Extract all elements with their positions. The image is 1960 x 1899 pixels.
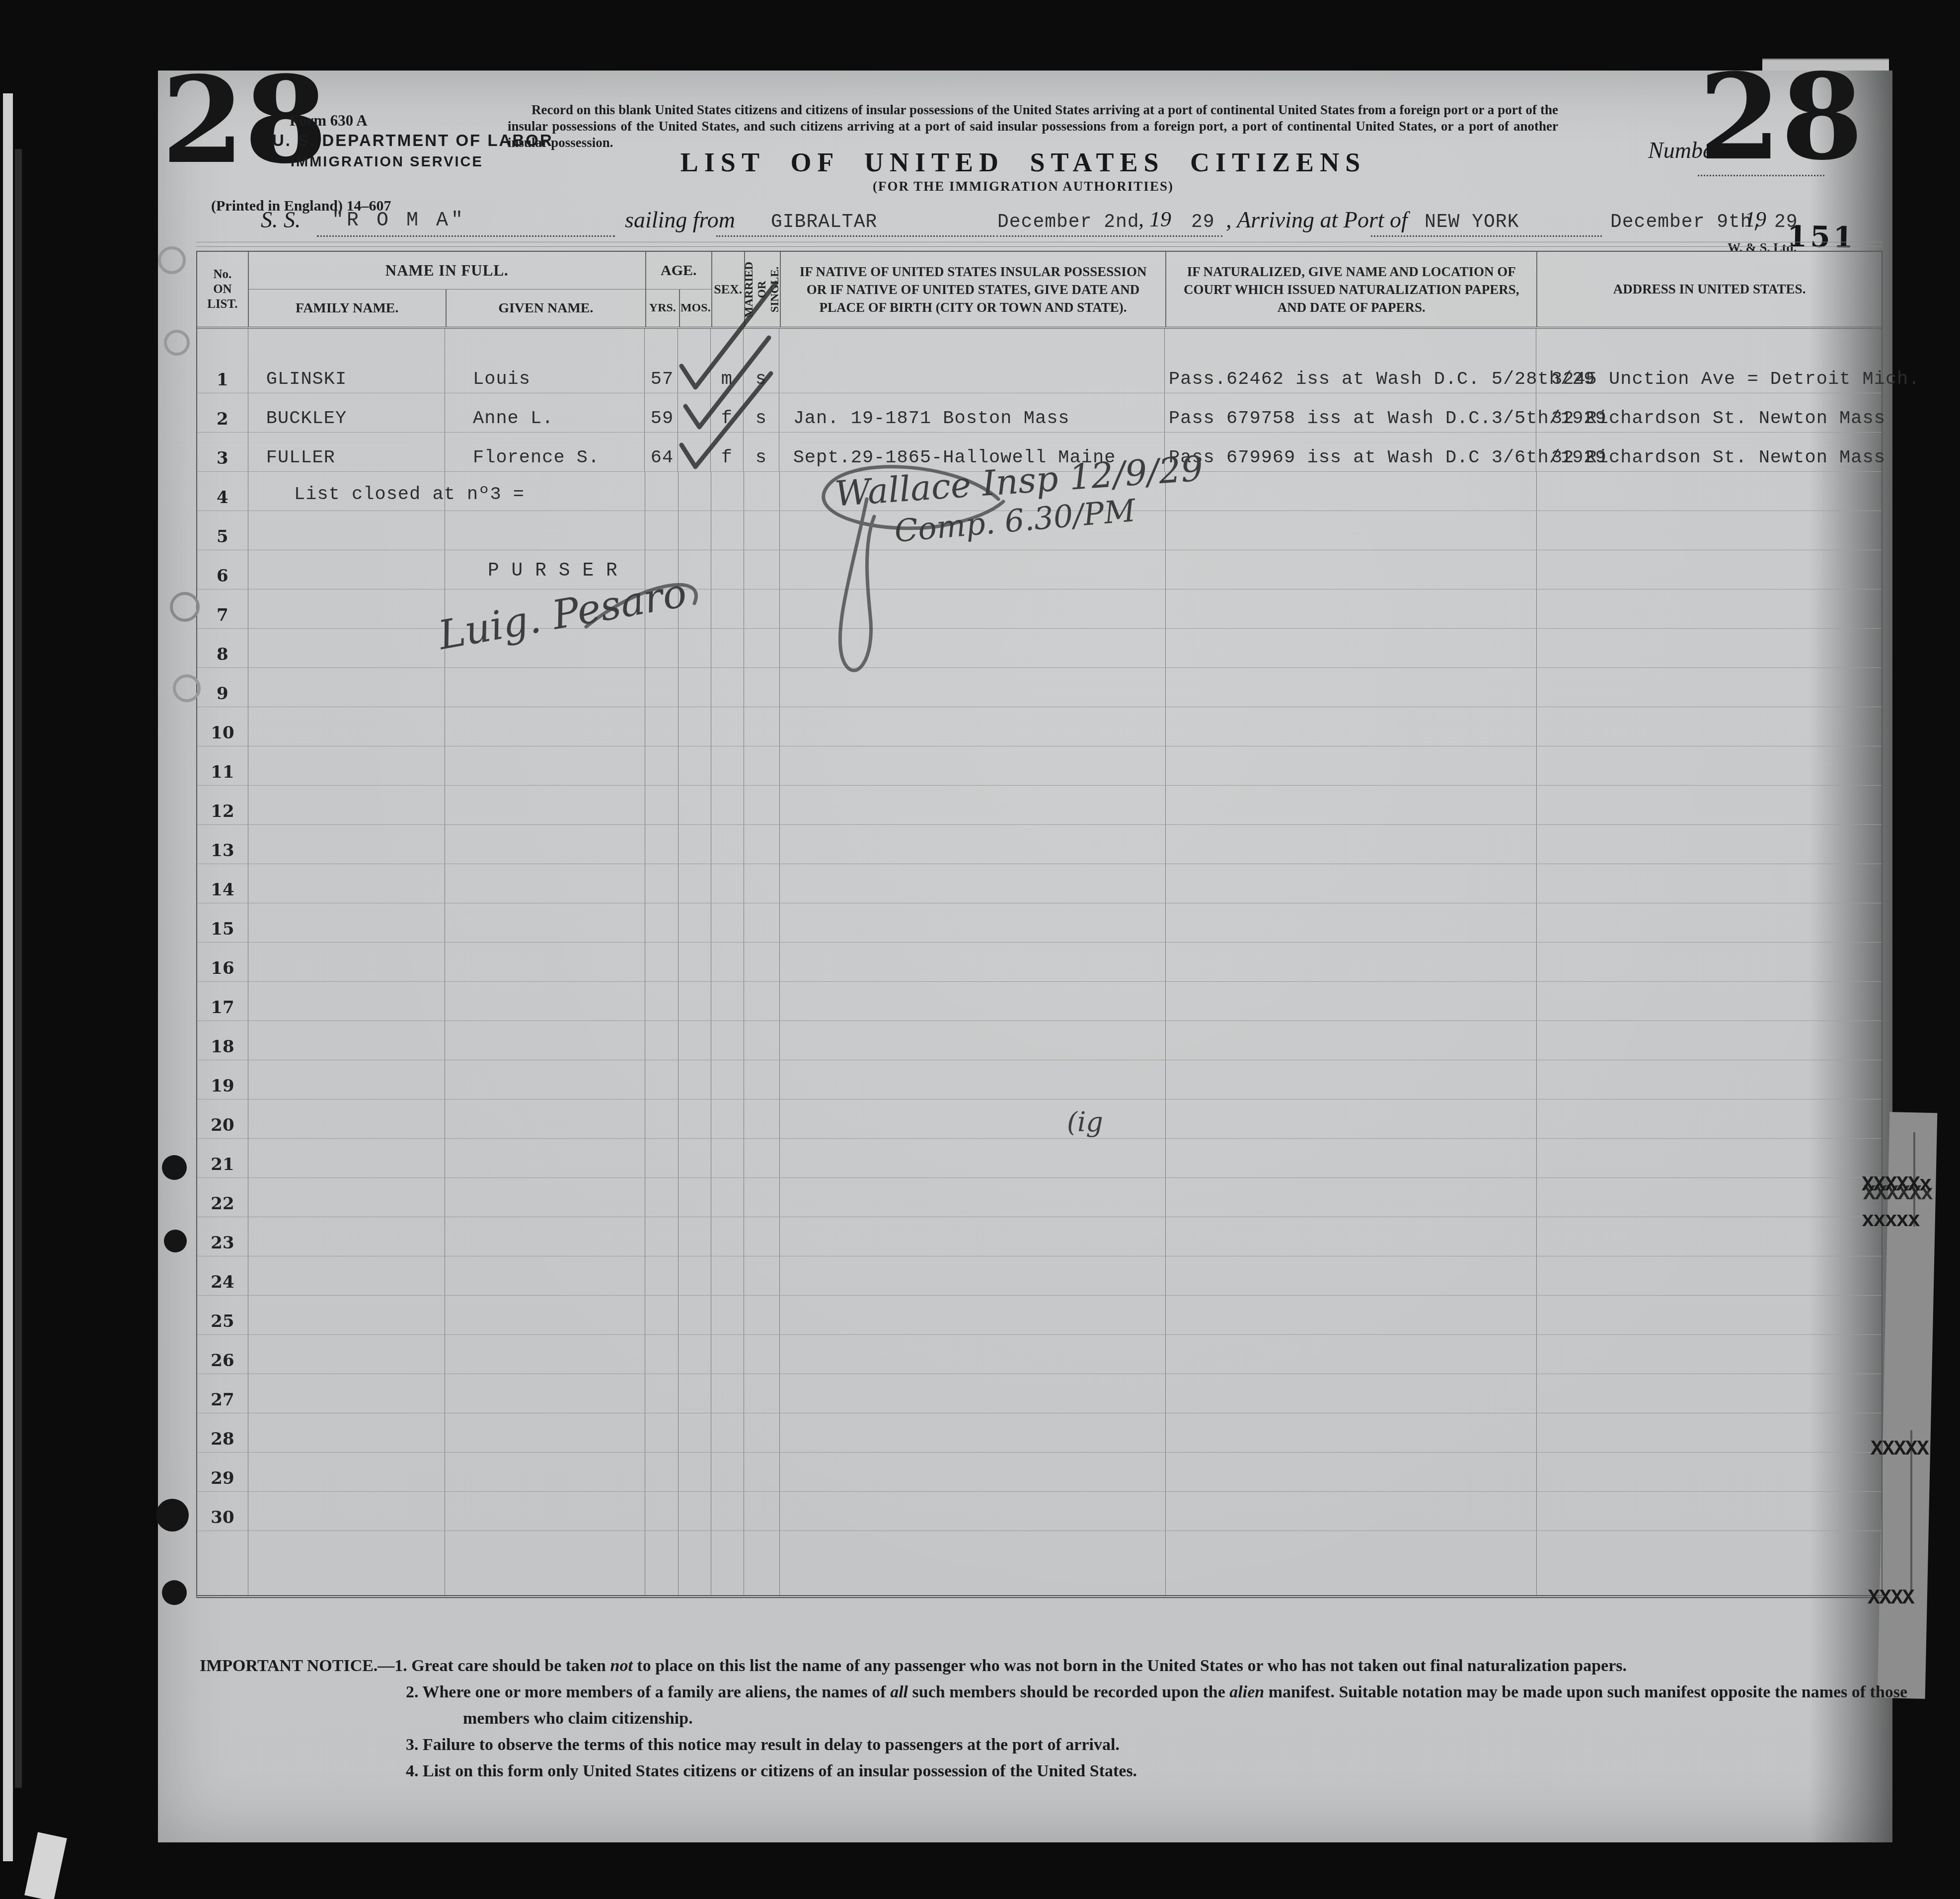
number-dotted-line [1698, 175, 1824, 176]
notice-line: 4. List on this form only United States … [406, 1758, 1928, 1784]
table-cell [711, 629, 744, 667]
table-cell [248, 825, 445, 864]
table-cell [744, 746, 779, 785]
table-cell [248, 1492, 445, 1531]
table-cell [645, 825, 678, 864]
table-cell [678, 1178, 711, 1217]
table-row: 1GLINSKILouis57msPass.62462 iss at Wash … [197, 329, 1882, 393]
table-cell [445, 707, 645, 746]
hole-punch [173, 674, 201, 702]
notice-line: 3. Failure to observe the terms of this … [406, 1732, 1928, 1758]
table-row: 26 [197, 1335, 1882, 1374]
table-cell [711, 943, 744, 981]
header-family-name: FAMILY NAME. [249, 290, 446, 327]
table-cell: Jan. 19-1871 Boston Mass [779, 393, 1164, 432]
table-cell [645, 1296, 678, 1334]
header-no-on-list: No. ON LIST. [197, 252, 248, 327]
table-cell [1536, 982, 1882, 1021]
table-cell [678, 329, 710, 393]
table-cell [1165, 472, 1536, 511]
table-cell [445, 1139, 645, 1177]
table-cell [1536, 668, 1882, 707]
table-cell [779, 668, 1165, 707]
table-cell [248, 1296, 445, 1334]
horizontal-rule [196, 246, 1883, 247]
table-cell [1536, 707, 1882, 746]
table-cell [445, 1021, 645, 1060]
table-row: 15 [197, 903, 1882, 943]
table-cell [1536, 589, 1882, 628]
form-number: Form 630 A [290, 112, 368, 130]
table-cell [1165, 707, 1536, 746]
sheet-number-stamp-right: 28 [1699, 59, 1863, 177]
table-cell: Pass 679758 iss at Wash D.C.3/5th/1929 [1164, 393, 1536, 432]
table-row: 22 [197, 1178, 1882, 1217]
table-cell: 24 [197, 1256, 248, 1295]
table-cell: 20 [197, 1099, 248, 1138]
table-cell [744, 707, 779, 746]
table-cell [445, 1492, 645, 1531]
table-cell [248, 1531, 445, 1595]
table-cell [645, 1060, 678, 1099]
table-cell [645, 1139, 678, 1177]
header-married-single-label: MARRIED OR SINGLE. [743, 261, 782, 317]
table-cell [744, 982, 779, 1021]
table-row: 14 [197, 864, 1882, 903]
page-title: LIST OF UNITED STATES CITIZENS [666, 147, 1381, 178]
page-subtitle: (FOR THE IMMIGRATION AUTHORITIES) [666, 179, 1381, 194]
arrival-year: 29 [1774, 212, 1798, 233]
table-cell: Pass 679969 iss at Wash D.C 3/6th/1929 [1164, 433, 1536, 471]
table-cell [645, 903, 678, 942]
table-cell [445, 864, 645, 903]
table-cell: BUCKLEY [248, 393, 445, 432]
table-cell [1536, 1413, 1882, 1452]
table-cell [445, 982, 645, 1021]
table-row: 20 [197, 1099, 1882, 1139]
blank-line [716, 235, 994, 237]
film-edge-shadow [15, 149, 22, 1788]
table-cell [445, 825, 645, 864]
table-cell: 27 [197, 1374, 248, 1413]
table-cell: 1 [197, 329, 248, 393]
table-cell [678, 1256, 711, 1295]
table-cell [779, 329, 1164, 393]
table-cell [645, 629, 678, 667]
table-cell [711, 746, 744, 785]
table-cell [779, 864, 1165, 903]
table-cell [678, 1453, 711, 1491]
table-cell [1165, 1139, 1536, 1177]
table-row: 21 [197, 1139, 1882, 1178]
table-cell [1536, 1060, 1882, 1099]
header-age: AGE. [646, 252, 711, 290]
table-cell [1165, 668, 1536, 707]
table-cell [711, 825, 744, 864]
table-cell: 7 [197, 589, 248, 628]
table-cell [711, 1374, 744, 1413]
table-cell [248, 864, 445, 903]
table-cell [779, 629, 1165, 667]
table-cell [248, 1335, 445, 1374]
table-cell [1536, 1256, 1882, 1295]
table-cell [678, 433, 710, 471]
table-cell [1165, 943, 1536, 981]
table-cell [1536, 1335, 1882, 1374]
table-cell [744, 511, 779, 550]
table-cell [711, 511, 744, 550]
table-cell [711, 1021, 744, 1060]
table-cell [744, 1099, 779, 1138]
table-row: 27 [197, 1374, 1882, 1413]
table-cell [248, 1060, 445, 1099]
table-cell [445, 1296, 645, 1334]
table-cell: 15 [197, 903, 248, 942]
table-cell [678, 1217, 711, 1256]
table-cell [744, 1021, 779, 1060]
arrival-port: NEW YORK [1425, 212, 1519, 233]
table-cell [779, 550, 1165, 589]
table-cell [645, 511, 678, 550]
table-cell [645, 707, 678, 746]
table-cell [678, 393, 710, 432]
table-cell [1536, 1021, 1882, 1060]
table-cell: 14 [197, 864, 248, 903]
table-cell [445, 668, 645, 707]
hole-punch [158, 246, 186, 274]
hole-punch-filled [162, 1580, 187, 1605]
table-cell [744, 786, 779, 824]
table-cell: s [743, 329, 779, 393]
table-cell [645, 746, 678, 785]
table-cell [645, 864, 678, 903]
table-row: 28 [197, 1413, 1882, 1453]
table-cell [711, 1256, 744, 1295]
table-row: 11 [197, 746, 1882, 786]
header-name-in-full: NAME IN FULL. [249, 252, 645, 290]
table-cell [645, 1413, 678, 1452]
header-given-name: GIVEN NAME. [446, 290, 645, 327]
table-cell: 5 [197, 511, 248, 550]
table-cell [1536, 825, 1882, 864]
table-cell [779, 1296, 1165, 1334]
ss-label: S. S. [261, 207, 301, 233]
table-row: 10 [197, 707, 1882, 746]
table-cell: 32 Richardson St. Newton Mass [1536, 393, 1882, 432]
table-cell: 25 [197, 1296, 248, 1334]
table-cell [445, 1217, 645, 1256]
table-cell [1536, 1217, 1882, 1256]
table-cell [445, 1178, 645, 1217]
table-cell [1165, 1178, 1536, 1217]
table-cell [645, 982, 678, 1021]
header-mos: MOS. [679, 290, 711, 327]
table-cell [744, 864, 779, 903]
table-cell [1165, 629, 1536, 667]
table-cell [779, 903, 1165, 942]
table-cell [678, 825, 711, 864]
table-cell [445, 1335, 645, 1374]
table-cell [1165, 1531, 1536, 1595]
voyage-line: S. S. "R O M A" sailing from GIBRALTAR D… [0, 204, 1960, 243]
table-cell: m [710, 329, 743, 393]
table-cell [1165, 1413, 1536, 1452]
table-cell [248, 668, 445, 707]
table-cell [711, 668, 744, 707]
table-row: 29 [197, 1453, 1882, 1492]
header-married-single: MARRIED OR SINGLE. [744, 252, 780, 327]
table-cell: 16 [197, 943, 248, 981]
table-row: 16 [197, 943, 1882, 982]
service-name: IMMIGRATION SERVICE [291, 154, 483, 170]
list-closed-note: List closed at nº3 = [294, 484, 525, 505]
table-cell [779, 1178, 1165, 1217]
table-cell [678, 629, 711, 667]
table-cell [645, 668, 678, 707]
table-cell [1536, 1099, 1882, 1138]
table-cell: 4 [197, 472, 248, 511]
sailing-from-label: sailing from [625, 207, 735, 233]
table-cell [1536, 1296, 1882, 1334]
table-cell [645, 1453, 678, 1491]
table-cell [779, 1021, 1165, 1060]
table-row: 13 [197, 825, 1882, 864]
table-cell [779, 707, 1165, 746]
table-cell [1165, 903, 1536, 942]
table-cell: 13 [197, 825, 248, 864]
table-cell [744, 1413, 779, 1452]
table-cell [779, 1099, 1165, 1138]
table-cell [1165, 1256, 1536, 1295]
table-cell [248, 1178, 445, 1217]
table-cell [678, 472, 711, 511]
table-cell [445, 1256, 645, 1295]
table-row: 12 [197, 786, 1882, 825]
table-cell [744, 472, 779, 511]
table-cell [711, 1531, 744, 1595]
hole-punch-filled [162, 1155, 187, 1180]
table-cell: 3245 Unction Ave = Detroit Mich. [1536, 329, 1882, 393]
table-cell [248, 1374, 445, 1413]
table-cell [744, 1296, 779, 1334]
table-cell [711, 903, 744, 942]
table-cell [711, 1335, 744, 1374]
table-cell [678, 1413, 711, 1452]
table-cell [744, 668, 779, 707]
torn-paper-wedge [24, 1832, 67, 1899]
table-cell: Anne L. [445, 393, 644, 432]
table-cell [744, 1217, 779, 1256]
table-cell [645, 786, 678, 824]
table-cell [678, 982, 711, 1021]
table-cell [445, 786, 645, 824]
table-cell [711, 707, 744, 746]
table-cell [678, 786, 711, 824]
table-cell: FULLER [248, 433, 445, 471]
table-cell [445, 1413, 645, 1452]
table-header: No. ON LIST. NAME IN FULL. FAMILY NAME. … [197, 252, 1882, 329]
table-cell [711, 1413, 744, 1452]
table-cell [248, 1413, 445, 1452]
arriving-label: , Arriving at Port of [1226, 207, 1408, 233]
table-cell: 6 [197, 550, 248, 589]
important-notice: IMPORTANT NOTICE.—1. Great care should b… [200, 1653, 1888, 1784]
table-cell: Pass.62462 iss at Wash D.C. 5/28th/29 [1164, 329, 1536, 393]
header-yrs: YRS. [646, 290, 679, 327]
table-cell [645, 1217, 678, 1256]
table-cell: 12 [197, 786, 248, 824]
table-row: 30 [197, 1492, 1882, 1531]
table-cell [1165, 550, 1536, 589]
table-cell [248, 903, 445, 942]
table-cell [779, 825, 1165, 864]
table-cell: 3 [197, 433, 248, 471]
table-cell [779, 1374, 1165, 1413]
table-cell [779, 746, 1165, 785]
table-cell [678, 943, 711, 981]
table-cell [678, 1335, 711, 1374]
table-cell [445, 1060, 645, 1099]
table-cell [248, 1099, 445, 1138]
table-cell [1536, 864, 1882, 903]
table-row: 24 [197, 1256, 1882, 1296]
table-cell [678, 668, 711, 707]
table-cell [248, 982, 445, 1021]
table-cell [711, 1296, 744, 1334]
table-cell: 10 [197, 707, 248, 746]
table-row: 9 [197, 668, 1882, 707]
table-cell [248, 943, 445, 981]
table-row: 6 [197, 550, 1882, 589]
table-cell: 23 [197, 1217, 248, 1256]
table-cell [248, 511, 445, 550]
hole-punch [164, 330, 190, 356]
table-cell [1165, 786, 1536, 824]
table-cell: 17 [197, 982, 248, 1021]
header-address: ADDRESS IN UNITED STATES. [1536, 252, 1882, 327]
table-cell [744, 825, 779, 864]
table-cell [1536, 550, 1882, 589]
table-cell [645, 1178, 678, 1217]
x-mark: XXXXX [1871, 1437, 1928, 1461]
table-cell [779, 589, 1165, 628]
table-cell [711, 589, 744, 628]
table-cell [711, 786, 744, 824]
table-cell [1536, 746, 1882, 785]
departure-year: 29 [1191, 212, 1215, 233]
table-cell [1165, 511, 1536, 550]
table-cell [779, 943, 1165, 981]
departure-port: GIBRALTAR [771, 212, 877, 233]
table-cell: 59 [644, 393, 678, 432]
table-cell [645, 943, 678, 981]
table-cell [445, 746, 645, 785]
x-mark: xxxxx [1862, 1209, 1919, 1233]
table-cell [645, 472, 678, 511]
table-cell [1536, 1531, 1882, 1595]
table-cell [678, 1492, 711, 1531]
table-cell: 8 [197, 629, 248, 667]
table-cell [445, 1099, 645, 1138]
table-cell: Florence S. [445, 433, 644, 471]
table-cell [779, 1256, 1165, 1295]
table-cell [1165, 1099, 1536, 1138]
table-cell [678, 1021, 711, 1060]
table-cell: 26 [197, 1335, 248, 1374]
table-cell [744, 1531, 779, 1595]
horizontal-rule [196, 242, 1883, 242]
table-cell [645, 1021, 678, 1060]
table-cell [1536, 1492, 1882, 1531]
table-cell [678, 1374, 711, 1413]
table-cell [678, 1099, 711, 1138]
printed-year-prefix: 19 [1744, 207, 1766, 232]
table-cell [779, 1453, 1165, 1491]
table-cell [779, 1060, 1165, 1099]
departure-date: December 2nd [997, 212, 1139, 233]
table-cell [1165, 1374, 1536, 1413]
table-cell [248, 1453, 445, 1491]
table-cell: 2 [197, 393, 248, 432]
table-cell [1165, 1453, 1536, 1491]
form-instructions: Record on this blank United States citiz… [508, 102, 1558, 151]
table-cell [248, 629, 445, 667]
table-cell [1165, 1296, 1536, 1334]
table-cell [1165, 825, 1536, 864]
table-cell [248, 746, 445, 785]
table-cell [445, 511, 645, 550]
table-cell: GLINSKI [248, 329, 445, 393]
table-cell [779, 1531, 1165, 1595]
table-cell [248, 589, 445, 628]
notice-line: 2. Where one or more members of a family… [406, 1679, 1928, 1732]
table-cell [1165, 1492, 1536, 1531]
table-cell [678, 707, 711, 746]
blank-line [996, 235, 1222, 237]
table-cell [711, 1453, 744, 1491]
table-cell [1165, 982, 1536, 1021]
table-cell [1536, 629, 1882, 667]
table-cell [1536, 903, 1882, 942]
film-edge-sliver [3, 93, 13, 1861]
hole-punch-filled [156, 1499, 189, 1532]
table-cell [711, 1139, 744, 1177]
table-cell: 19 [197, 1060, 248, 1099]
table-cell [645, 1531, 678, 1595]
blank-line [317, 235, 615, 237]
table-cell [1165, 864, 1536, 903]
table-cell [744, 1374, 779, 1413]
table-cell [744, 629, 779, 667]
table-cell [1536, 1374, 1882, 1413]
table-cell: 64 [644, 433, 678, 471]
table-cell: 28 [197, 1413, 248, 1452]
hole-punch-filled [164, 1230, 187, 1252]
table-cell: 57 [644, 329, 678, 393]
table-cell [1165, 1060, 1536, 1099]
table-cell [711, 472, 744, 511]
table-cell [744, 589, 779, 628]
arrival-date: December 9th, [1610, 212, 1764, 233]
table-cell [197, 1531, 248, 1595]
table-cell [744, 1335, 779, 1374]
table-cell: 22 [197, 1178, 248, 1217]
hole-punch [170, 592, 200, 622]
table-cell [779, 1139, 1165, 1177]
table-cell [445, 903, 645, 942]
table-cell [711, 1492, 744, 1531]
manifest-table: No. ON LIST. NAME IN FULL. FAMILY NAME. … [196, 251, 1883, 1598]
